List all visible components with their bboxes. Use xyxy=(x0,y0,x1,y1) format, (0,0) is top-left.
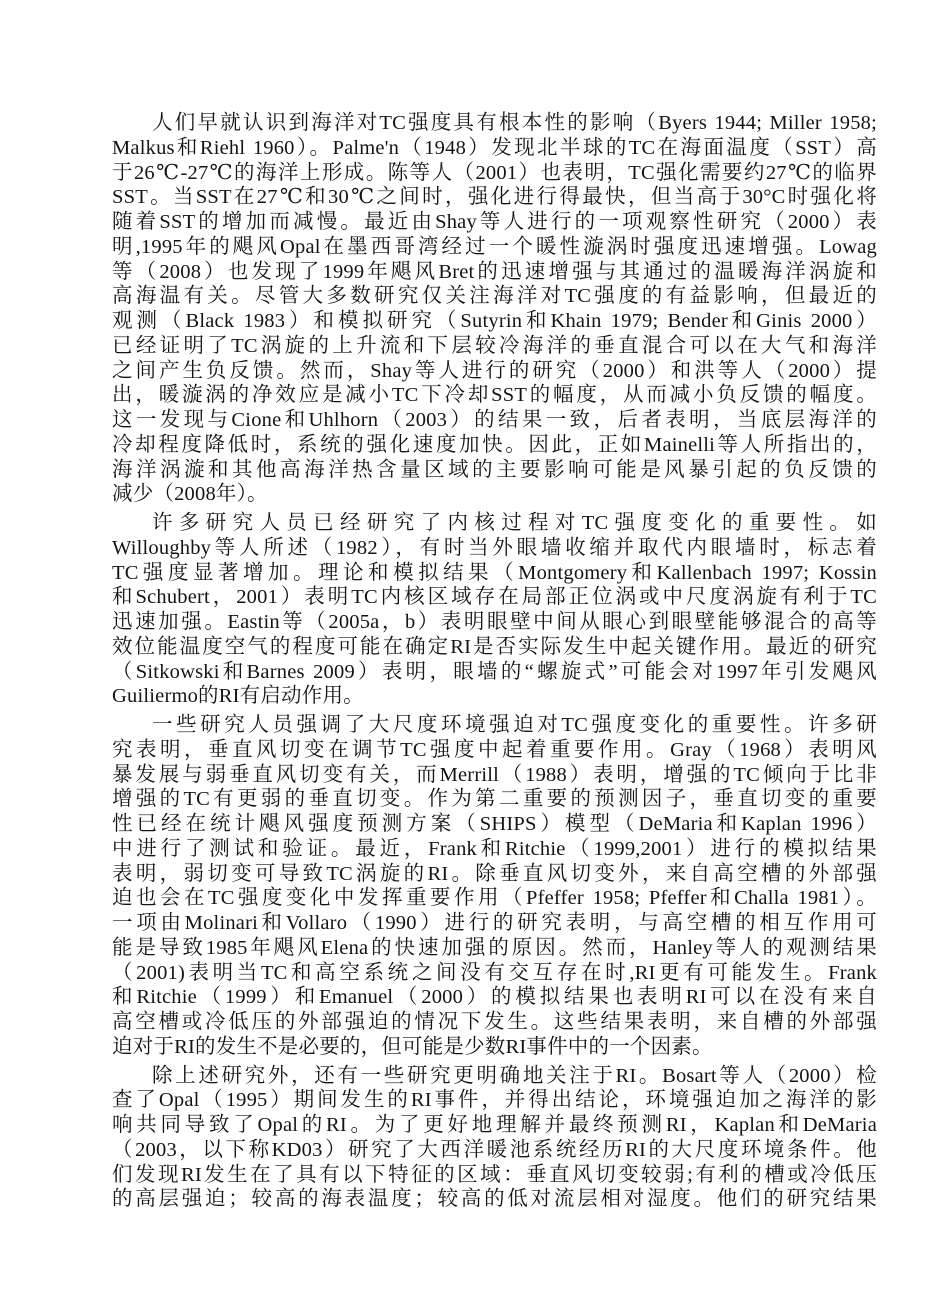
text-line: 和Schubert，2001）表明TC内核区域存在局部正位涡或中尺度涡旋有利于T… xyxy=(112,585,877,610)
text-line: 查了Opal（1995）期间发生的RI事件，并得出结论，环境强迫加之海洋的影 xyxy=(112,1088,877,1113)
text-line: （2003，以下称KD03）研究了大西洋暖池系统经历RI的大尺度环境条件。他 xyxy=(112,1138,877,1163)
text-line: 迫也会在TC强度变化中发挥重要作用（Pfeffer 1958; Pfeffer和… xyxy=(112,886,877,911)
paragraph: 许多研究人员已经研究了内核过程对TC强度变化的重要性。如Willoughby等人… xyxy=(112,511,877,709)
text-line: Willoughby等人所述（1982），有时当外眼墙收缩并取代内眼墙时，标志着 xyxy=(112,536,877,561)
text-line: 于26℃-27℃的海洋上形成。陈等人（2001）也表明，TC强化需要约27℃的临… xyxy=(112,161,877,186)
paragraph: 一些研究人员强调了大尺度环境强迫对TC强度变化的重要性。许多研究表明，垂直风切变… xyxy=(112,713,877,1060)
text-line: Malkus和Riehl 1960）。Palme'n（1948）发现北半球的TC… xyxy=(112,136,877,161)
text-line: 人们早就认识到海洋对TC强度具有根本性的影响（Byers 1944; Mille… xyxy=(112,111,877,136)
text-line: 的高层强迫；较高的海表温度；较高的低对流层相对湿度。他们的研究结果 xyxy=(112,1187,877,1212)
text-line: 和Ritchie（1999）和Emanuel（2000）的模拟结果也表明RI可以… xyxy=(112,985,877,1010)
text-line: 效位能温度空气的程度可能在确定RI是否实际发生中起关键作用。最近的研究 xyxy=(112,635,877,660)
text-line: 究表明，垂直风切变在调节TC强度中起着重要作用。Gray（1968）表明风 xyxy=(112,738,877,763)
text-line: 中进行了测试和验证。最近，Frank和Ritchie（1999,2001）进行的… xyxy=(112,837,877,862)
text-line: （2001)表明当TC和高空系统之间没有交互存在时,RI更有可能发生。Frank xyxy=(112,961,877,986)
text-line: 这一发现与Cione和Uhlhorn（2003）的结果一致，后者表明，当底层海洋… xyxy=(112,408,877,433)
text-line: 一些研究人员强调了大尺度环境强迫对TC强度变化的重要性。许多研 xyxy=(112,713,877,738)
text-line: 减少（2008年）。 xyxy=(112,482,877,507)
document-page: 人们早就认识到海洋对TC强度具有根本性的影响（Byers 1944; Mille… xyxy=(0,0,926,1309)
text-line: 增强的TC有更弱的垂直切变。作为第二重要的预测因子，垂直切变的重要 xyxy=(112,787,877,812)
text-line: 明,1995年的飓风Opal在墨西哥湾经过一个暖性漩涡时强度迅速增强。Lowag xyxy=(112,235,877,260)
text-line: 许多研究人员已经研究了内核过程对TC强度变化的重要性。如 xyxy=(112,511,877,536)
text-line: TC强度显著增加。理论和模拟结果（Montgomery和Kallenbach 1… xyxy=(112,561,877,586)
text-line: 随着SST的增加而减慢。最近由Shay等人进行的一项观察性研究（2000）表 xyxy=(112,210,877,235)
text-line: 能是导致1985年飓风Elena的快速加强的原因。然而，Hanley等人的观测结… xyxy=(112,936,877,961)
text-line: 观测（Black 1983）和模拟研究（Sutyrin和Khain 1979; … xyxy=(112,309,877,334)
text-line: 高空槽或冷低压的外部强迫的情况下发生。这些结果表明，来自槽的外部强 xyxy=(112,1010,877,1035)
paragraph: 人们早就认识到海洋对TC强度具有根本性的影响（Byers 1944; Mille… xyxy=(112,111,877,507)
text-line: 高海温有关。尽管大多数研究仅关注海洋对TC强度的有益影响，但最近的 xyxy=(112,284,877,309)
text-line: 冷却程度降低时，系统的强化速度加快。因此，正如Mainelli等人所指出的， xyxy=(112,433,877,458)
text-line: Guiliermo的RI有启动作用。 xyxy=(112,684,877,709)
text-line: 迫对于RI的发生不是必要的，但可能是少数RI事件中的一个因素。 xyxy=(112,1035,877,1060)
text-line: 们发现RI发生在了具有以下特征的区域：垂直风切变较弱;有利的槽或冷低压 xyxy=(112,1163,877,1188)
text-line: 表明，弱切变可导致TC涡旋的RI。除垂直风切变外，来自高空槽的外部强 xyxy=(112,862,877,887)
text-line: 之间产生负反馈。然而，Shay等人进行的研究（2000）和洪等人（2000）提 xyxy=(112,359,877,384)
text-line: 迅速加强。Eastin等（2005a，b）表明眼壁中间从眼心到眼壁能够混合的高等 xyxy=(112,610,877,635)
text-line: 暴发展与弱垂直风切变有关，而Merrill（1988）表明，增强的TC倾向于比非 xyxy=(112,763,877,788)
text-line: 海洋涡漩和其他高海洋热含量区域的主要影响可能是风暴引起的负反馈的 xyxy=(112,458,877,483)
text-line: 响共同导致了Opal的RI。为了更好地理解并最终预测RI，Kaplan和DeMa… xyxy=(112,1113,877,1138)
text-body: 人们早就认识到海洋对TC强度具有根本性的影响（Byers 1944; Mille… xyxy=(112,111,877,1212)
text-line: 出，暖漩涡的净效应是减小TC下冷却SST的幅度，从而减小负反馈的幅度。 xyxy=(112,383,877,408)
text-line: 除上述研究外，还有一些研究更明确地关注于RI。Bosart等人（2000）检 xyxy=(112,1064,877,1089)
text-line: （Sitkowski和Barnes 2009）表明，眼墙的“螺旋式”可能会对19… xyxy=(112,660,877,685)
text-line: 已经证明了TC涡旋的上升流和下层较冷海洋的垂直混合可以在大气和海洋 xyxy=(112,334,877,359)
text-line: 一项由Molinari和Vollaro（1990）进行的研究表明，与高空槽的相互… xyxy=(112,911,877,936)
paragraph: 除上述研究外，还有一些研究更明确地关注于RI。Bosart等人（2000）检查了… xyxy=(112,1064,877,1213)
text-line: SST。当SST在27℃和30℃之间时，强化进行得最快，但当高于30°C时强化将 xyxy=(112,185,877,210)
text-line: 等（2008）也发现了1999年飓风Bret的迅速增强与其通过的温暖海洋涡旋和 xyxy=(112,260,877,285)
text-line: 性已经在统计飓风强度预测方案（SHIPS）模型（DeMaria和Kaplan 1… xyxy=(112,812,877,837)
